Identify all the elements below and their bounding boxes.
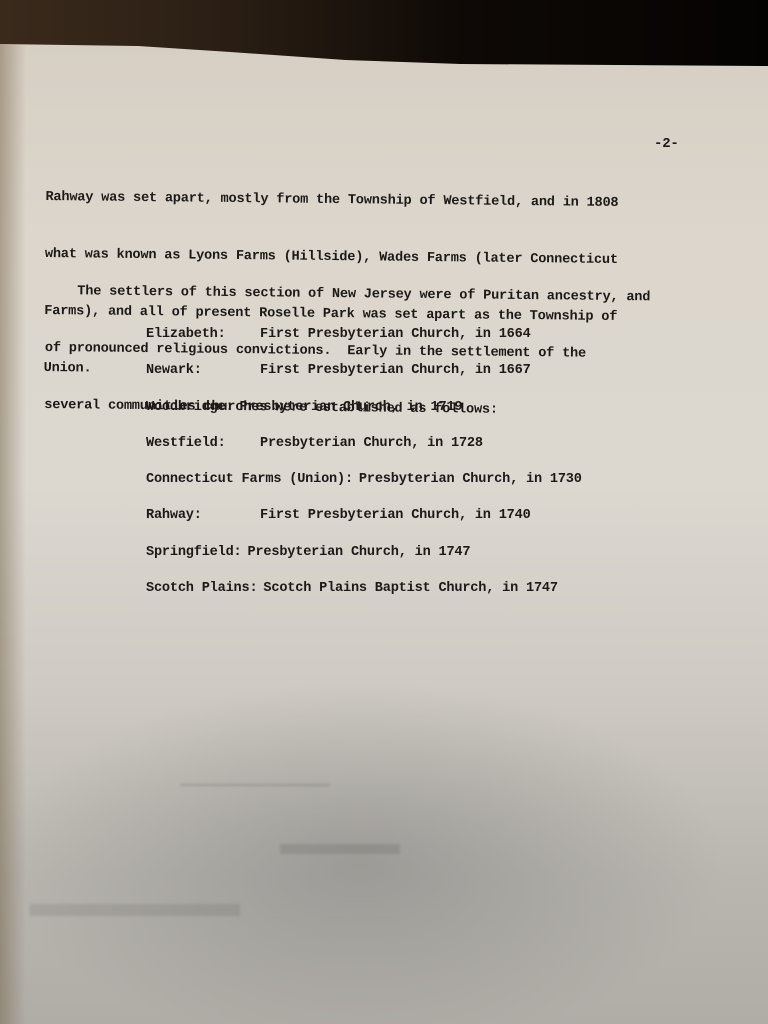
place-name: Woodbridge:	[146, 400, 234, 415]
document-page: -2- Rahway was set apart, mostly from th…	[0, 44, 768, 1024]
place-name: Elizabeth:	[146, 327, 260, 342]
place-name: Newark:	[146, 363, 260, 378]
bleed-through-mark	[30, 904, 240, 916]
church-name: First Presbyterian Church, in 1740	[260, 508, 531, 523]
list-item: Woodbridge:Presbyterian Church, in 1719	[146, 400, 666, 436]
list-item: Connecticut Farms (Union):Presbyterian C…	[146, 472, 666, 508]
place-name: Connecticut Farms (Union):	[146, 472, 353, 487]
page-number: -2-	[654, 136, 679, 152]
list-item: Elizabeth:First Presbyterian Church, in …	[146, 327, 666, 363]
church-list: Elizabeth:First Presbyterian Church, in …	[146, 327, 666, 617]
place-name: Rahway:	[146, 508, 260, 523]
bleed-through-mark	[180, 784, 330, 786]
list-item: Westfield:Presbyterian Church, in 1728	[146, 436, 666, 472]
church-name: Presbyterian Church, in 1747	[248, 545, 471, 560]
page-edge-shadow	[0, 44, 26, 1024]
place-name: Westfield:	[146, 436, 260, 451]
place-name: Springfield:	[146, 545, 242, 560]
bleed-through-mark	[280, 844, 400, 854]
list-item: Scotch Plains:Scotch Plains Baptist Chur…	[146, 581, 666, 617]
list-item: Springfield:Presbyterian Church, in 1747	[146, 545, 666, 581]
list-item: Newark:First Presbyterian Church, in 166…	[146, 363, 666, 399]
church-name: First Presbyterian Church, in 1667	[260, 363, 531, 378]
text-line: The settlers of this section of New Jers…	[45, 282, 735, 308]
church-name: Presbyterian Church, in 1730	[359, 472, 582, 487]
list-item: Rahway:First Presbyterian Church, in 174…	[146, 508, 666, 544]
church-name: Presbyterian Church, in 1719	[240, 400, 463, 415]
church-name: Presbyterian Church, in 1728	[260, 436, 483, 451]
place-name: Scotch Plains:	[146, 581, 257, 596]
church-name: Scotch Plains Baptist Church, in 1747	[263, 581, 557, 596]
text-line: Rahway was set apart, mostly from the To…	[45, 188, 735, 214]
church-name: First Presbyterian Church, in 1664	[260, 327, 531, 342]
